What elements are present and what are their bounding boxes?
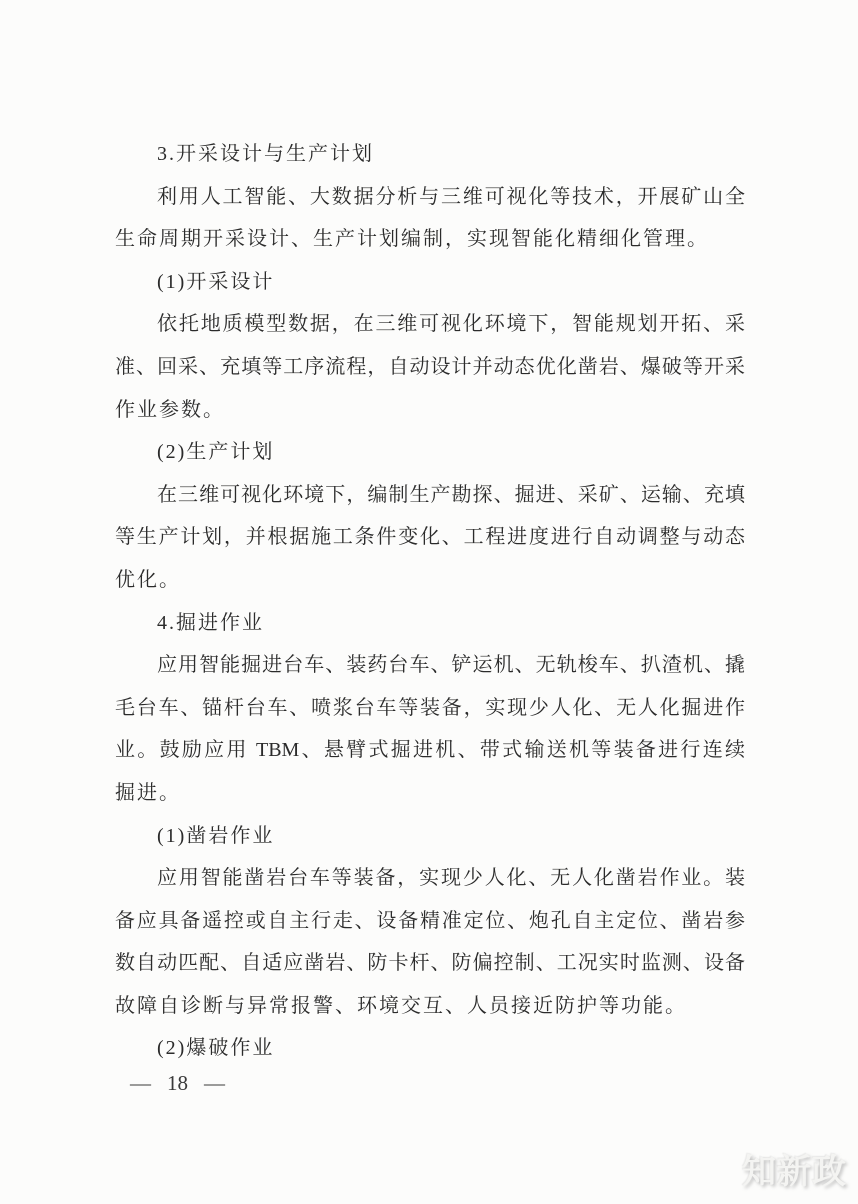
text-line: 应用智能凿岩台车等装备，实现少人化、无人化凿岩作业。装 [115,857,745,900]
footer-dash-left: — [130,1071,151,1095]
watermark: 知新政 [742,1144,847,1193]
text-line: 应用智能掘进台车、装药台车、铲运机、无轨梭车、扒渣机、撬 [115,644,745,687]
text-line: (1)开采设计 [115,261,745,304]
text-line: 3.开采设计与生产计划 [115,133,745,176]
text-line: 在三维可视化环境下，编制生产勘探、掘进、采矿、运输、充填 [115,474,745,517]
text-line: 准、回采、充填等工序流程，自动设计并动态优化凿岩、爆破等开采 [115,346,745,389]
text-line: (2)生产计划 [115,431,745,474]
text-line: 利用人工智能、大数据分析与三维可视化等技术，开展矿山全 [115,176,745,219]
text-line: 故障自诊断与异常报警、环境交互、人员接近防护等功能。 [115,985,745,1028]
text-line: 掘进。 [115,772,745,815]
text-line: 生命周期开采设计、生产计划编制，实现智能化精细化管理。 [115,218,745,261]
text-line: 备应具备遥控或自主行走、设备精准定位、炮孔自主定位、凿岩参 [115,900,745,943]
footer-dash-right: — [204,1071,225,1095]
text-line: (1)凿岩作业 [115,815,745,858]
text-line: (2)爆破作业 [115,1027,745,1070]
text-line: 优化。 [115,559,745,602]
page-number: 18 [167,1071,188,1095]
text-line: 数自动匹配、自适应凿岩、防卡杆、防偏控制、工况实时监测、设备 [115,942,745,985]
text-line: 作业参数。 [115,389,745,432]
text-line: 依托地质模型数据，在三维可视化环境下，智能规划开拓、采 [115,303,745,346]
text-block: 3.开采设计与生产计划利用人工智能、大数据分析与三维可视化等技术，开展矿山全生命… [115,133,745,1070]
text-line: 等生产计划，并根据施工条件变化、工程进度进行自动调整与动态 [115,516,745,559]
text-line: 业。鼓励应用 TBM、悬臂式掘进机、带式输送机等装备进行连续 [115,729,745,772]
document-page: 3.开采设计与生产计划利用人工智能、大数据分析与三维可视化等技术，开展矿山全生命… [0,0,858,1204]
page-footer: —18— [130,1068,225,1098]
text-line: 4.掘进作业 [115,602,745,645]
text-line: 毛台车、锚杆台车、喷浆台车等装备，实现少人化、无人化掘进作 [115,687,745,730]
